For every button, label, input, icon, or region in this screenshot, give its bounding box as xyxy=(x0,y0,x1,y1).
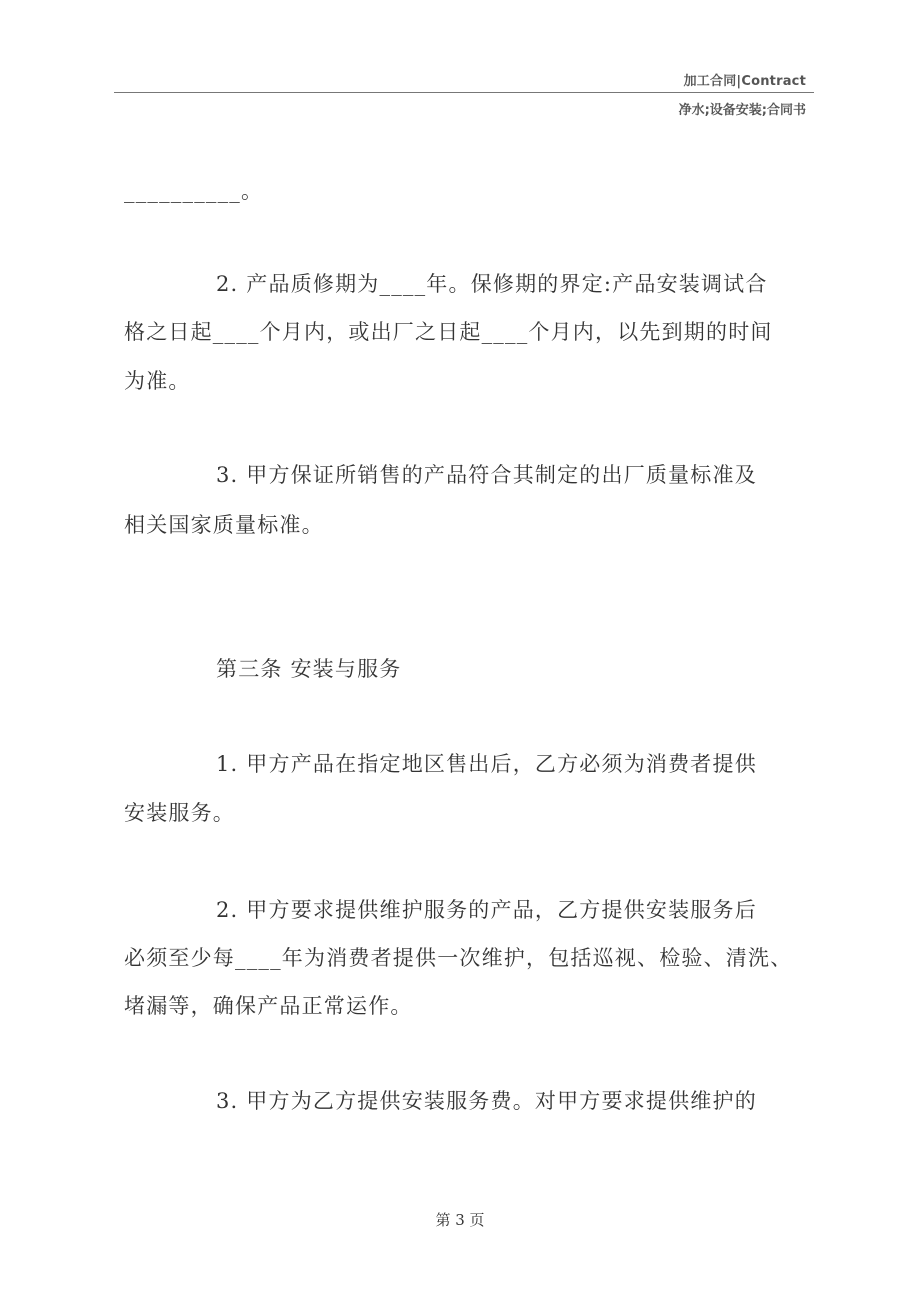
body-line: 堵漏等，确保产品正常运作。 xyxy=(124,993,413,1019)
body-line: 相关国家质量标准。 xyxy=(124,512,324,538)
clause-3-quality-line: 3. 甲方保证所销售的产品符合其制定的出厂质量标准及 xyxy=(216,462,757,488)
section-heading: 第三条 安装与服务 xyxy=(216,656,401,682)
clause-2-maintenance-line: 2. 甲方要求提供维护服务的产品，乙方提供安装服务后 xyxy=(216,897,757,923)
body-line: __________。 xyxy=(124,178,263,204)
page-number: 第 3 页 xyxy=(0,1209,920,1230)
clause-3-fee-line: 3. 甲方为乙方提供安装服务费。对甲方要求提供维护的 xyxy=(216,1088,757,1114)
header-divider xyxy=(114,92,814,93)
clause-1-install-line: 1. 甲方产品在指定地区售出后，乙方必须为消费者提供 xyxy=(216,751,757,777)
clause-2-warranty-line: 2. 产品质修期为____年。保修期的界定:产品安装调试合 xyxy=(216,271,768,297)
body-line: 安装服务。 xyxy=(124,800,235,826)
header-keywords: 净水;设备安装;合同书 xyxy=(679,99,806,118)
header-title: 加工合同|Contract xyxy=(684,70,806,89)
body-line: 为准。 xyxy=(124,368,191,394)
body-line: 必须至少每____年为消费者提供一次维护，包括巡视、检验、清洗、 xyxy=(124,945,792,971)
body-line: 格之日起____个月内，或出厂之日起____个月内，以先到期的时间 xyxy=(124,319,773,345)
